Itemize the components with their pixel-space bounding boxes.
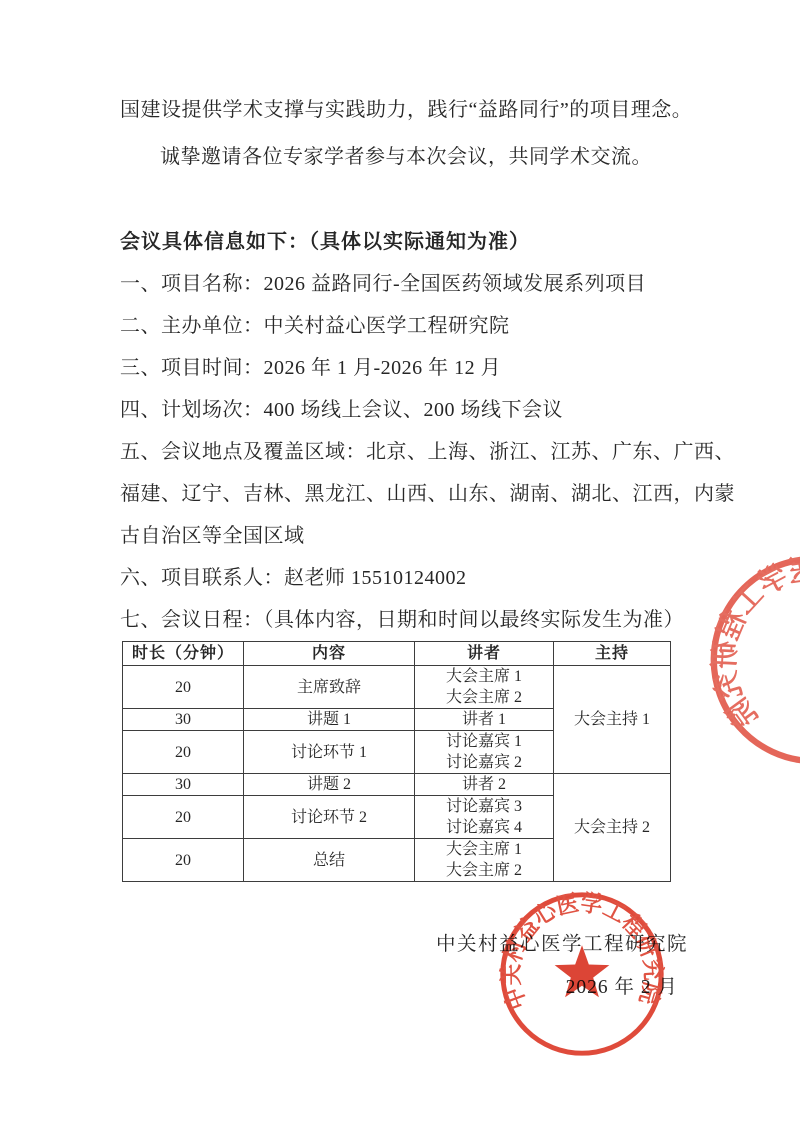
col-header-duration: 时长（分钟） <box>123 642 244 666</box>
schedule-table: 时长（分钟） 内容 讲者 主持 20 主席致辞 大会主席 1 大会主席 2 大会… <box>122 641 671 882</box>
info-item-line: 福建、辽宁、吉林、黑龙江、山西、山东、湖南、湖北、江西，内蒙 <box>120 473 686 515</box>
seal-ring-text: 中关村益心医学工程研究院 <box>677 523 800 744</box>
cell-speakers: 大会主席 1 大会主席 2 <box>415 839 554 882</box>
cell-speakers: 讨论嘉宾 3 讨论嘉宾 4 <box>415 796 554 839</box>
table-row: 30 讲题 2 讲者 2 大会主持 2 <box>123 774 671 796</box>
svg-text:中关村益心医学工程研究院: 中关村益心医学工程研究院 <box>677 523 800 744</box>
info-item-line: 七、会议日程：（具体内容，日期和时间以最终实际发生为准） <box>120 599 686 641</box>
info-section-header: 会议具体信息如下：（具体以实际通知为准） <box>120 221 686 263</box>
cell-duration: 20 <box>123 666 244 709</box>
cell-duration: 20 <box>123 839 244 882</box>
info-item-line: 六、项目联系人：赵老师 15510124002 <box>120 557 686 599</box>
cell-content: 主席致辞 <box>244 666 415 709</box>
cell-host: 大会主持 2 <box>554 774 671 882</box>
cell-content: 讲题 2 <box>244 774 415 796</box>
info-item-line: 四、计划场次：400 场线上会议、200 场线下会议 <box>120 389 686 431</box>
signature-organization: 中关村益心医学工程研究院 <box>436 928 688 956</box>
cell-host: 大会主持 1 <box>554 666 671 774</box>
cell-speakers: 大会主席 1 大会主席 2 <box>415 666 554 709</box>
cell-content: 总结 <box>244 839 415 882</box>
body-line: 诚挚邀请各位专家学者参与本次会议，共同学术交流。 <box>120 136 686 178</box>
cell-duration: 20 <box>123 731 244 774</box>
cell-content: 讲题 1 <box>244 709 415 731</box>
col-header-speaker: 讲者 <box>415 642 554 666</box>
cell-duration: 30 <box>123 774 244 796</box>
cell-duration: 20 <box>123 796 244 839</box>
table-header-row: 时长（分钟） 内容 讲者 主持 <box>123 642 671 666</box>
cell-speakers: 讨论嘉宾 1 讨论嘉宾 2 <box>415 731 554 774</box>
signature-date: 2026 年 2 月 <box>566 971 678 999</box>
table-row: 20 主席致辞 大会主席 1 大会主席 2 大会主持 1 <box>123 666 671 709</box>
info-item-line: 二、主办单位：中关村益心医学工程研究院 <box>120 305 686 347</box>
info-item-line: 古自治区等全国区域 <box>120 515 686 557</box>
bleed-through-seal-stamp: 中关村益心医学工程研究院 <box>668 513 800 808</box>
document-page: 国建设提供学术支撑与实践助力，践行“益路同行”的项目理念。 诚挚邀请各位专家学者… <box>0 0 800 1131</box>
cell-content: 讨论环节 2 <box>244 796 415 839</box>
info-item-line: 一、项目名称：2026 益路同行-全国医药领域发展系列项目 <box>120 263 686 305</box>
col-header-content: 内容 <box>244 642 415 666</box>
body-line: 国建设提供学术支撑与实践助力，践行“益路同行”的项目理念。 <box>120 89 686 131</box>
cell-duration: 30 <box>123 709 244 731</box>
cell-content: 讨论环节 1 <box>244 731 415 774</box>
cell-speakers: 讲者 1 <box>415 709 554 731</box>
document-body: 国建设提供学术支撑与实践助力，践行“益路同行”的项目理念。 诚挚邀请各位专家学者… <box>120 89 686 882</box>
info-item-line: 五、会议地点及覆盖区域：北京、上海、浙江、江苏、广东、广西、 <box>120 431 686 473</box>
seal-ring <box>685 530 800 789</box>
info-item-line: 三、项目时间：2026 年 1 月-2026 年 12 月 <box>120 347 686 389</box>
cell-speakers: 讲者 2 <box>415 774 554 796</box>
col-header-host: 主持 <box>554 642 671 666</box>
